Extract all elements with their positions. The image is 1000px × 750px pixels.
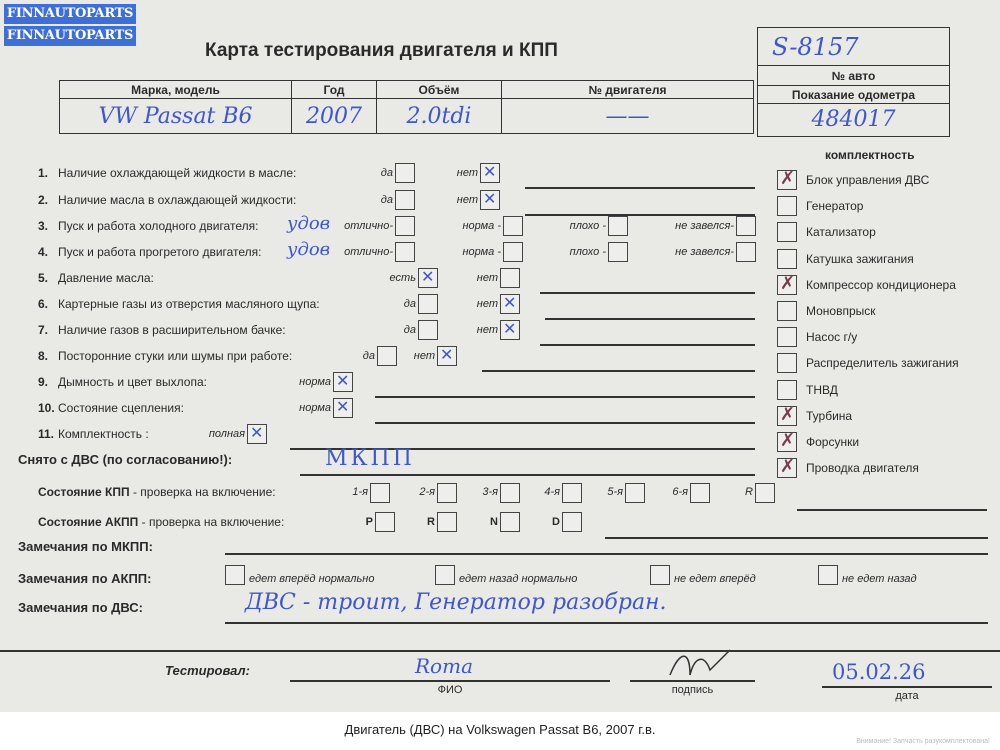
akpp-remarks-label: Замечания по АКПП: bbox=[18, 571, 151, 586]
checkbox[interactable] bbox=[247, 424, 267, 444]
kit-checkbox[interactable] bbox=[777, 196, 797, 216]
option-label: плохо - bbox=[495, 246, 606, 258]
check-question: 1.Наличие охлаждающей жидкости в масле: bbox=[38, 166, 296, 180]
test-card-sheet: FINNAUTOPARTS FINNAUTOPARTS Карта тестир… bbox=[0, 0, 1000, 712]
kit-checkbox[interactable] bbox=[777, 380, 797, 400]
photo-caption: Двигатель (ДВС) на Volkswagen Passat B6,… bbox=[0, 722, 1000, 737]
odometer-label: Показание одометра bbox=[758, 86, 949, 104]
answer-line bbox=[525, 214, 755, 216]
option-label: нет bbox=[390, 298, 498, 310]
option-label: нет bbox=[390, 167, 478, 179]
col-make-model: Марка, модель bbox=[60, 81, 292, 99]
col-year: Год bbox=[292, 81, 377, 99]
answer-line bbox=[375, 422, 755, 424]
kit-checkbox[interactable] bbox=[777, 458, 797, 478]
removed-value: МКПП bbox=[325, 446, 415, 471]
checkbox[interactable] bbox=[437, 346, 457, 366]
option-label: полная bbox=[150, 428, 245, 440]
gear-checkbox[interactable] bbox=[370, 483, 390, 503]
gear-label: D bbox=[522, 516, 560, 528]
kit-checkbox[interactable] bbox=[777, 353, 797, 373]
gear-label: 6-я bbox=[650, 486, 688, 498]
check-question: 10.Состояние сцепления: bbox=[38, 401, 184, 415]
gear-checkbox[interactable] bbox=[437, 512, 457, 532]
check-question: 6.Картерные газы из отверстия масляного … bbox=[38, 297, 320, 311]
akpp-label: Состояние АКПП bbox=[38, 515, 138, 529]
answer-line bbox=[545, 318, 755, 320]
option-label: не завелся- bbox=[600, 246, 734, 258]
kit-title: комплектность bbox=[825, 148, 915, 162]
tested-label: Тестировал: bbox=[165, 663, 250, 678]
gear-label: R bbox=[715, 486, 753, 498]
gear-label: 3-я bbox=[460, 486, 498, 498]
option-label: норма bbox=[200, 402, 331, 414]
check-question: 4.Пуск и работа прогретого двигателя: bbox=[38, 245, 262, 259]
kit-item-label: Насос г/у bbox=[806, 330, 857, 344]
akpp-remark-label: не едет вперёд bbox=[674, 573, 756, 585]
volume-value: 2.0tdi bbox=[377, 99, 502, 134]
checkbox[interactable] bbox=[480, 190, 500, 210]
option-label: нет bbox=[295, 350, 435, 362]
kit-checkbox[interactable] bbox=[777, 222, 797, 242]
option-label: норма - bbox=[370, 220, 501, 232]
tester-name: Roma bbox=[415, 654, 473, 678]
checkbox[interactable] bbox=[736, 242, 756, 262]
option-label: да bbox=[265, 194, 393, 206]
checkbox[interactable] bbox=[480, 163, 500, 183]
date-caption: дата bbox=[822, 690, 992, 702]
akpp-remark-checkbox[interactable] bbox=[225, 565, 245, 585]
gear-label: R bbox=[397, 516, 435, 528]
kit-item-label: ТНВД bbox=[806, 383, 838, 397]
option-label: норма - bbox=[370, 246, 501, 258]
make-model-value: VW Passat B6 bbox=[60, 99, 292, 134]
kit-item-label: Компрессор кондиционера bbox=[806, 278, 956, 292]
akpp-remark-checkbox[interactable] bbox=[435, 565, 455, 585]
gear-checkbox[interactable] bbox=[562, 483, 582, 503]
vehicle-table: Марка, модель Год Объём № двигателя VW P… bbox=[59, 80, 754, 134]
gear-label: N bbox=[460, 516, 498, 528]
kit-checkbox[interactable] bbox=[777, 406, 797, 426]
kit-item-label: Распределитель зажигания bbox=[806, 356, 959, 370]
kit-checkbox[interactable] bbox=[777, 249, 797, 269]
odometer-value: 484017 bbox=[758, 104, 949, 136]
answer-line bbox=[540, 292, 755, 294]
gear-label: 2-я bbox=[397, 486, 435, 498]
gear-checkbox[interactable] bbox=[375, 512, 395, 532]
dvs-remarks-value: ДВС - троит, Генератор разобран. bbox=[245, 590, 667, 615]
year-value: 2007 bbox=[292, 99, 377, 134]
engine-number-value: —— bbox=[502, 99, 754, 134]
gear-checkbox[interactable] bbox=[437, 483, 457, 503]
removed-label: Снято с ДВС (по согласованию!): bbox=[18, 452, 232, 467]
signature bbox=[660, 645, 740, 685]
answer-line bbox=[375, 396, 755, 398]
option-label: плохо - bbox=[495, 220, 606, 232]
akpp-label-rest: - проверка на включение: bbox=[138, 515, 284, 529]
gear-label: 5-я bbox=[585, 486, 623, 498]
logo: FINNAUTOPARTS bbox=[4, 26, 136, 46]
option-label: не завелся- bbox=[600, 220, 734, 232]
gear-label: P bbox=[335, 516, 373, 528]
gear-label: 4-я bbox=[522, 486, 560, 498]
akpp-remark-label: едет вперёд нормально bbox=[249, 573, 374, 585]
dvs-remarks-label: Замечания по ДВС: bbox=[18, 600, 143, 615]
col-engine-number: № двигателя bbox=[502, 81, 754, 99]
checkbox[interactable] bbox=[333, 372, 353, 392]
check-question: 5.Давление масла: bbox=[38, 271, 154, 285]
kit-checkbox[interactable] bbox=[777, 301, 797, 321]
akpp-remark-checkbox[interactable] bbox=[818, 565, 838, 585]
kit-item-label: Блок управления ДВС bbox=[806, 173, 929, 187]
kit-checkbox[interactable] bbox=[777, 170, 797, 190]
gear-checkbox[interactable] bbox=[500, 512, 520, 532]
kit-checkbox[interactable] bbox=[777, 275, 797, 295]
page-title: Карта тестирования двигателя и КПП bbox=[205, 40, 558, 62]
auto-number-value: S-8157 bbox=[758, 28, 949, 66]
option-label: нет bbox=[390, 272, 498, 284]
kit-item-label: Моновпрыск bbox=[806, 304, 876, 318]
gear-label: 1-я bbox=[330, 486, 368, 498]
logo: FINNAUTOPARTS bbox=[4, 4, 136, 24]
checkbox[interactable] bbox=[736, 216, 756, 236]
kit-item-label: Турбина bbox=[806, 409, 852, 423]
kit-item-label: Катализатор bbox=[806, 225, 876, 239]
option-label: нет bbox=[390, 324, 498, 336]
kit-item-label: Катушка зажигания bbox=[806, 252, 914, 266]
answer-line bbox=[540, 344, 755, 346]
checkbox[interactable] bbox=[500, 268, 520, 288]
kit-item-label: Генератор bbox=[806, 199, 863, 213]
col-volume: Объём bbox=[377, 81, 502, 99]
option-label: да bbox=[265, 167, 393, 179]
kit-item-label: Форсунки bbox=[806, 435, 859, 449]
check-question: 3.Пуск и работа холодного двигателя: bbox=[38, 219, 258, 233]
check-question: 9.Дымность и цвет выхлопа: bbox=[38, 375, 207, 389]
answer-line bbox=[525, 187, 755, 189]
check-question: 8.Посторонние стуки или шумы при работе: bbox=[38, 349, 292, 363]
auto-box: S-8157 № авто Показание одометра 484017 bbox=[757, 27, 950, 137]
kpp-label-rest: - проверка на включение: bbox=[130, 485, 276, 499]
answer-line bbox=[482, 370, 755, 372]
gear-checkbox[interactable] bbox=[755, 483, 775, 503]
gear-checkbox[interactable] bbox=[562, 512, 582, 532]
akpp-remark-label: не едет назад bbox=[842, 573, 917, 585]
mkpp-remarks-label: Замечания по МКПП: bbox=[18, 539, 153, 554]
checkbox[interactable] bbox=[500, 294, 520, 314]
checkbox[interactable] bbox=[333, 398, 353, 418]
signature-caption: подпись bbox=[630, 684, 755, 696]
check-question: 7.Наличие газов в расширительном бачке: bbox=[38, 323, 286, 337]
name-caption: ФИО bbox=[290, 684, 610, 696]
test-date: 05.02.26 bbox=[832, 660, 926, 684]
option-label: нет bbox=[390, 194, 478, 206]
checkbox[interactable] bbox=[500, 320, 520, 340]
akpp-remark-label: едет назад нормально bbox=[459, 573, 577, 585]
gear-checkbox[interactable] bbox=[500, 483, 520, 503]
kit-checkbox[interactable] bbox=[777, 432, 797, 452]
option-label: норма bbox=[200, 376, 331, 388]
akpp-remark-checkbox[interactable] bbox=[650, 565, 670, 585]
check-question: 11.Комплектность : bbox=[38, 427, 149, 441]
check-question: 2.Наличие масла в охлаждающей жидкости: bbox=[38, 193, 296, 207]
watermark: Внимание! Запчасть разукомплектована! bbox=[856, 738, 990, 745]
kpp-label: Состояние КПП bbox=[38, 485, 130, 499]
gear-checkbox[interactable] bbox=[625, 483, 645, 503]
gear-checkbox[interactable] bbox=[690, 483, 710, 503]
kit-checkbox[interactable] bbox=[777, 327, 797, 347]
auto-number-label: № авто bbox=[758, 66, 949, 86]
kit-item-label: Проводка двигателя bbox=[806, 461, 919, 475]
